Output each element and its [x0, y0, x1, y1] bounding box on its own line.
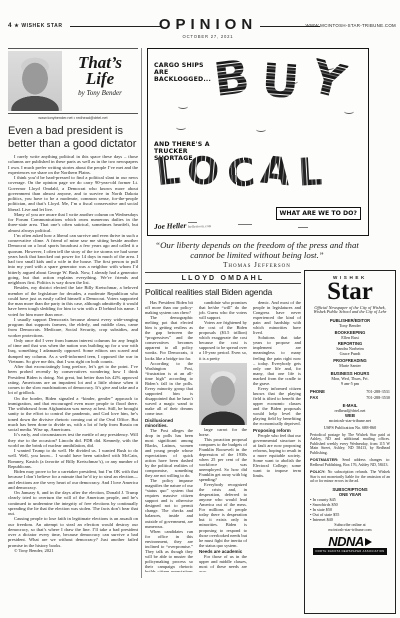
ndna-logo: NDNA NORTH DAKOTA NEWSPAPER ASSOCIATION: [313, 535, 386, 556]
masthead-title: Star: [310, 280, 390, 304]
thats-life-logo: That’s Life by Tony Bender: [62, 51, 138, 111]
omdahl-col-2: candidate who promises that he/she “will…: [199, 300, 247, 572]
staff-entry: PROOFREADINGMarie Santer: [310, 358, 390, 368]
cartoonist-signature: Joe Heller hellertoon.com: [154, 220, 212, 231]
wave-decoration: [344, 109, 354, 114]
cartoon-letter: B: [211, 49, 252, 107]
paragraph: The demographic melting pot that elected…: [145, 315, 193, 360]
omdahl-byline: LLOYD OMDAHL: [145, 273, 301, 283]
paragraph: Has President Biden bit off more than ou…: [145, 300, 193, 315]
section-title: OPINION: [128, 16, 288, 33]
editorial-cartoon: CARGO SHIPS ARE BACKLOGGED... BUY AND TH…: [147, 48, 369, 236]
paragraph: After that excruciatingly long preface, …: [8, 364, 138, 396]
subscribe-online-line2: mcintosh-star-tribune.com: [310, 527, 390, 532]
cartoon-word-local: LOCAL: [156, 149, 322, 193]
paragraph: Many of you are aware that I write anoth…: [8, 212, 138, 233]
paper-name: WISHEK STAR: [21, 23, 62, 29]
pull-quote-text: “Our liberty depends on the freedom of t…: [147, 240, 367, 260]
paragraph: © Tony Bender, 2021: [8, 548, 138, 553]
cartoon-speech-box: WHAT ARE WE TO DO?: [276, 207, 361, 220]
issue-date: OCTOBER 27, 2021: [128, 34, 288, 39]
paragraph: I usually support Democrats because almo…: [8, 317, 138, 338]
cartoon-letter: A: [259, 148, 293, 195]
web-address: mcintosh-star-tribune.net: [310, 418, 390, 423]
paragraph: demic. And most of the people in legisla…: [253, 300, 301, 335]
fax-row: FAX 701-288-3530: [310, 395, 390, 400]
staff-entry: PUBLISHER/EDITORTony Bender: [310, 318, 390, 328]
policy-label: POLICY:: [310, 469, 326, 474]
fax-number: 701-288-3530: [366, 395, 390, 400]
wave-decoration: [176, 125, 186, 130]
paragraph: On January 6, and in the days after the …: [8, 490, 138, 516]
cartoon-letter: C: [225, 150, 256, 196]
paragraph: candidate who promises that he/she “will…: [199, 300, 247, 320]
cartoon-letter: L: [297, 149, 323, 194]
staff-entry: REPORTINGSandra NorheimGrace Pundt: [310, 341, 390, 356]
paragraph: Everybody recognized the crisis and, in …: [199, 482, 247, 548]
paragraph: I rarely write anything political in thi…: [8, 154, 138, 175]
staff-name: Grace Pundt: [310, 351, 390, 356]
staff-list: PUBLISHER/EDITORTony BenderBOOKKEEPINGEl…: [310, 318, 390, 368]
newspaper-opinion-page: 4 ★ WISHEK STAR OPINION OCTOBER 27, 2021…: [0, 0, 400, 618]
omdahl-col-3: demic. And most of the people in legisla…: [253, 300, 301, 572]
paragraph: I think you’d be hard-pressed to find a …: [8, 175, 138, 212]
paragraph: This proaction proposal compares to the …: [199, 437, 247, 482]
email-web-block: E-MAIL redhead@drtel.net WEB mcintosh-st…: [310, 403, 390, 430]
paragraph: People who feel that our governmental st…: [253, 433, 301, 478]
cartoon-letter: Y: [306, 49, 351, 109]
phone-fax-block: PHONE 701-288-3531 FAX 701-288-3530: [310, 389, 390, 400]
paragraph: Only once did I veer from human interest…: [8, 338, 138, 364]
cartoon-letter: O: [185, 148, 221, 195]
paragraph: According to the Washington Post, “frust…: [145, 361, 193, 417]
staff-name: Marie Santer: [310, 363, 390, 368]
omdahl-column: LLOYD OMDAHL Political realities stall B…: [145, 272, 301, 572]
policy-notice: POLICY: No subscription refunds. The Wis…: [310, 470, 390, 484]
cartoon-caption-cargo: CARGO SHIPS ARE BACKLOGGED...: [154, 62, 212, 83]
official-newspaper-line: Official Newspaper of the City of Wishek…: [310, 306, 390, 316]
paragraph: The Post alleges the drop in polls has b…: [145, 428, 193, 478]
paragraph: For those of us in the upper and middle …: [199, 554, 247, 572]
page-number: 4: [8, 22, 12, 29]
wave-decoration: [256, 127, 266, 132]
phone-label: PHONE: [310, 389, 325, 394]
masthead-box: WISHEK Star Official Newspaper of the Ci…: [304, 270, 396, 614]
pull-quote: “Our liberty depends on the freedom of t…: [147, 240, 367, 269]
paragraph: large carrot for the horse.: [199, 427, 247, 437]
business-hours: BUSINESS HOURS Mon, Wed, Thurs, Fri. 9 a…: [310, 371, 390, 386]
omdahl-headline: Political realities stall Biden agenda: [145, 287, 301, 297]
paragraph: When candidates run for office in this e…: [145, 529, 193, 572]
bender-headline: Even a bad president is better than a go…: [8, 125, 138, 150]
byline-rule-bottom: [145, 283, 301, 284]
signature-url: hellertoon.com: [188, 224, 211, 229]
phone-row: PHONE 701-288-3531: [310, 389, 390, 394]
column-logo-byline: by Tony Bender: [62, 89, 138, 97]
phone-number: 701-288-3531: [366, 389, 390, 394]
bender-column: That’s Life by Tony Bender www.tonybende…: [8, 48, 138, 566]
page-header: 4 ★ WISHEK STAR OPINION OCTOBER 27, 2021…: [8, 16, 396, 46]
paragraph: Every informed citizen knows that the pl…: [253, 386, 301, 426]
staff-name: Ellen Rust: [310, 335, 390, 340]
staff-entry: BOOKKEEPINGEllen Rust: [310, 330, 390, 340]
cartoon-word-buy: BUY: [214, 51, 346, 105]
bender-masthead: That’s Life by Tony Bender: [8, 48, 138, 111]
column-logo-title: That’s Life: [62, 55, 138, 87]
periodical-notice: Periodical postage by The Wishek Star pa…: [310, 433, 390, 456]
paragraph: The policy impasse magnifies the nature …: [145, 478, 193, 528]
paragraph: Voters are frightened by the cost of the…: [199, 320, 247, 360]
tony-bender-photo: [8, 51, 62, 111]
ndna-full-name: NORTH DAKOTA NEWSPAPER ASSOCIATION: [313, 548, 386, 555]
cartoon-letter: L: [154, 148, 183, 194]
bender-contact-line: www.tonybender.net • redhead@drtel.net: [8, 113, 138, 121]
paragraph: I wanted Trump to do well. He divided us…: [8, 448, 138, 469]
lloyd-omdahl-photo: [199, 363, 247, 425]
paragraph: I’m often asked how a liberal can surviv…: [8, 233, 138, 286]
ground-decoration: [298, 227, 308, 228]
paragraph: Solutions that take years to propose and…: [253, 335, 301, 385]
postmaster-label: POSTMASTER:: [310, 457, 338, 462]
usps-number: USPS Publication No. 688-860: [310, 425, 390, 430]
staff-name: Tony Bender: [310, 323, 390, 328]
omdahl-body: Has President Biden bit off more than ou…: [145, 300, 301, 572]
subhead: Disillusioned minorities.: [145, 418, 193, 428]
pull-quote-attribution: Thomas Jefferson: [147, 261, 367, 269]
signature-name: Joe Heller: [154, 221, 187, 231]
cartoon-letter: U: [260, 53, 301, 109]
postmaster-notice: POSTMASTER: Send address changes to: Red…: [310, 458, 390, 467]
omdahl-col-1: Has President Biden bit off more than ou…: [145, 300, 193, 572]
subscription-rates: • In county $45• Snowbirds $50• In state…: [310, 497, 390, 522]
ndna-flag-icon: [365, 538, 372, 546]
folio-line: 4 ★ WISHEK STAR: [8, 22, 63, 29]
subscriptions-block: SUBSCRIPTIONS ONE YEAR • In county $45• …: [310, 487, 390, 532]
ground-decoration: [238, 224, 252, 225]
section-header: OPINION OCTOBER 27, 2021: [128, 16, 288, 39]
ndna-acronym: NDNA: [328, 534, 364, 549]
star-icon: ★: [14, 23, 19, 29]
bender-article-body: I rarely write anything political in thi…: [8, 154, 138, 566]
paragraph: Biden may prove to be a caretaker presid…: [8, 469, 138, 490]
column-divider-rule: [141, 48, 142, 578]
business-hours-time: 9 am-5 pm: [310, 381, 390, 386]
website-url: WWW.MCINTOSH-STAR-TRIBUNE.COM: [306, 23, 397, 28]
paragraph: It’s early, and circumstances test the m…: [8, 432, 138, 448]
paragraph: Besides, my district elected the late Bi…: [8, 285, 138, 317]
paragraph: On the border, Biden signaled a “kinder,…: [8, 396, 138, 433]
wave-decoration: [178, 104, 188, 109]
paragraph: Causing people to lose faith in legitima…: [8, 516, 138, 548]
fax-label: FAX: [310, 395, 318, 400]
